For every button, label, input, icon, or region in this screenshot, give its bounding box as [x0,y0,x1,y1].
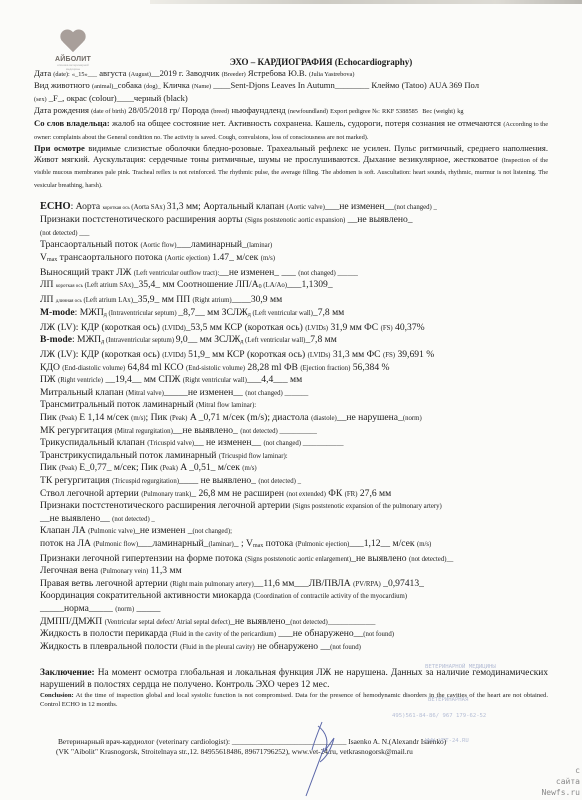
echo-volumes: КДО (End-diastolic volume) 64,84 ml КСО … [40,362,548,375]
echo-section: ECHO: Аорта короткая ось (Aorta SAx) 31,… [40,201,548,654]
date-line: Дата (date): «_15»___ августа (August)__… [34,68,548,81]
echo-pulmonary-trunk: Ствол легочной артерии (Pulmonary trank)… [40,488,548,501]
echo-tricuspid-flow: Транстрикуспидальный поток ламинарный (T… [40,450,548,463]
echo-mitral-flow: Трансмитральный поток ламинарный (Mitral… [40,399,548,412]
echo-b-mode-lv: ЛЖ (LV): КДР (короткая ось) (LVIDd) 51,9… [40,349,548,362]
echo-right-pulmonary-artery: Правая ветвь легочной артерии (Right mai… [40,578,548,591]
scan-edge [150,0,582,4]
echo-tricuspid-peaks: Пик (Peak) E_0,77_ м/сек; Пик (Peak) A _… [40,462,548,475]
document-content: ЭХО – КАРДИОГРАФИЯ (Echocardiography) Да… [34,57,548,757]
echo-lvot: Выносящий тракт ЛЖ (Left ventricular out… [40,267,548,280]
tatoo-value: AUA 369 [429,80,462,90]
echo-m-mode: M-mode: МЖПд (Intraventricular septum) _… [40,307,548,322]
echo-aortic-expansion: Признаки постстенотического расширения а… [40,214,548,227]
echo-myocardium-coordination: Координация сократительной активности ми… [40,590,548,603]
echo-b-mode: B-mode: МЖПд (Intraventricular septum) 9… [40,334,548,349]
echo-mitral-regurg: МК регургитация (Mitral regurgitation)__… [40,425,548,438]
document-page: АЙБОЛИТ клиника ветеринарной медицины ЭХ… [0,0,582,800]
echo-mitral-valve: Митральный клапан (Mitral valve)_____не … [40,387,548,400]
animal-line: Вид животного (animal)_собака (dog)_ Кли… [34,80,548,93]
page-title: ЭХО – КАРДИОГРАФИЯ (Echocardiography) [94,57,548,68]
echo-aorta: ECHO: Аорта короткая ось (Aorta SAx) 31,… [40,201,548,215]
conclusion-ru: Заключение: На момент осмотра глобальная… [40,667,548,691]
echo-pulmonary-hypertension: Признаки легочной гипертензии на форме п… [40,553,548,566]
heart-logo-icon [60,30,86,54]
breeder-name: Ястребова Ю.В. [248,68,307,78]
echo-la-lax: ЛП длинная ось (Left atrium LAx)_35,9_ м… [40,294,548,308]
echo-tricuspid-valve: Трикуспидальный клапан (Tricuspid valve)… [40,437,548,450]
echo-vmax-aortic: Vmax трансаортального потока (Aortic eje… [40,252,548,267]
dog-name: ____Sent-Djons Leaves In Autumn________ [213,80,369,90]
handwritten-signature [300,718,350,798]
echo-pleural-fluid: Жидкость в плевральной полости (Fluid in… [40,641,548,654]
sex-colour-line: (sex) _F_, окрас (colour)____черный (bla… [34,93,548,106]
echo-pulmonary-expansion: Признаки постстенотического расширения л… [40,500,548,513]
dob-breed-line: Дата рождения (date of birth) 28/05/2018… [34,105,548,118]
conclusion-en: Conclusion: At the time of inspection gl… [40,691,548,709]
echo-rv: ПЖ (Right ventricle) __19,4__ мм СПЖ (Ri… [40,374,548,387]
echo-mitral-peaks: Пик (Peak) E 1,14 м/сек (m/s); Пик (Peak… [40,412,548,425]
site-watermark: с сайта Newfs.ru [541,765,580,798]
echo-pulmonic-valve: Клапан ЛА (Pulmonic valve)_не изменен _(… [40,525,548,538]
echo-tricuspid-regurg: ТК регургитация (Tricuspid regurgitation… [40,475,548,488]
echo-aortic-flow: Трансаортальный поток (Aortic flow)___ла… [40,239,548,252]
echo-la-sax: ЛП короткая ось (Left atrium SAx)_35,4_ … [40,279,548,294]
inspection-notes: При осмотре видимые слизистые оболочки б… [34,143,548,191]
owner-complaints: Со слов владельца: жалоб на общее состоя… [34,118,548,143]
echo-m-mode-lv: ЛЖ (LV): КДР (короткая ось) (LVIDd)_53,5… [40,322,548,335]
echo-pericardial-fluid: Жидкость в полости перикарда (Fluid in t… [40,628,548,641]
echo-pulmonary-vein: Легочная вена (Pulmonary vein) 11,3 мм [40,565,548,578]
echo-septal-defect: ДМПП/ДМЖП (Ventricular septal defect/ At… [40,616,548,629]
echo-pulmonic-flow: поток на ЛА (Pulmonic flow)___ламинарный… [40,538,548,553]
